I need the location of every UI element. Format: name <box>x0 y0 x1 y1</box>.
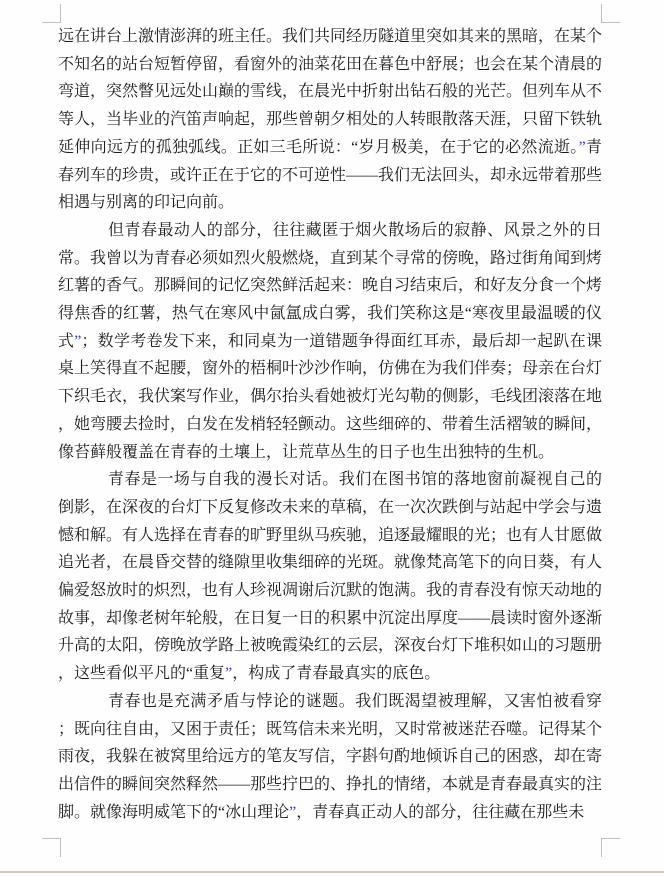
crop-mark-top-left <box>42 4 61 23</box>
paragraph-2[interactable]: 但青春最动人的部分，往往藏匿于烟火散场后的寂静、风景之外的日常。我曾以为青春必须… <box>58 217 602 466</box>
document-text[interactable]: 远在讲台上激情澎湃的班主任。我们共同经历隧道里突如其来的黑暗，在某个不知名的站台… <box>58 23 602 826</box>
page-bottom-edge <box>0 871 664 873</box>
crop-mark-top-right <box>601 4 620 23</box>
closing-quote: ” <box>289 804 296 821</box>
paragraph-1[interactable]: 远在讲台上激情澎湃的班主任。我们共同经历隧道里突如其来的黑暗，在某个不知名的站台… <box>58 23 602 217</box>
crop-mark-bottom-left <box>42 838 61 857</box>
closing-quote: ” <box>74 333 81 350</box>
closing-quote: ” <box>579 139 586 156</box>
crop-mark-bottom-right <box>601 838 620 857</box>
closing-quote: ” <box>225 665 232 682</box>
document-page: 远在讲台上激情澎湃的班主任。我们共同经历隧道里突如其来的黑暗，在某个不知名的站台… <box>0 0 664 877</box>
paragraph-3[interactable]: 青春是一场与自我的漫长对话。我们在图书馆的落地窗前凝视自己的倒影，在深夜的台灯下… <box>58 466 602 688</box>
paragraph-4[interactable]: 青春也是充满矛盾与悖论的谜题。我们既渴望被理解，又害怕被看穿；既向往自由，又困于… <box>58 688 602 827</box>
